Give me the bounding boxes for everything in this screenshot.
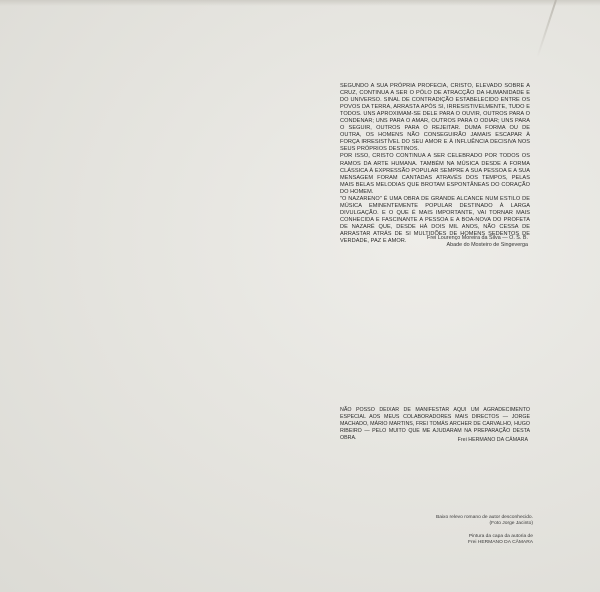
album-back-cover: Segundo a sua própria profecia, Cristo, … xyxy=(0,0,600,592)
liner-paragraph-2: Por isso, Cristo continua a ser celebrad… xyxy=(340,153,530,195)
liner-notes: Segundo a sua própria profecia, Cristo, … xyxy=(340,83,530,245)
acknowledgement-signature: Frei HERMANO DA CÂMARA xyxy=(458,437,528,443)
edge-wear xyxy=(0,0,600,6)
signature-name: Frei Lourenço Moreira da Silva — O. S. B… xyxy=(427,235,528,242)
paper-crease xyxy=(537,0,557,57)
signature-title: Abade do Mosteiro de Singeverga xyxy=(427,242,528,249)
liner-signature: Frei Lourenço Moreira da Silva — O. S. B… xyxy=(427,235,528,249)
liner-paragraph-1: Segundo a sua própria profecia, Cristo, … xyxy=(340,83,530,153)
image-credits: Baixo relevo romano de autor desconhecid… xyxy=(436,515,533,546)
cover-credit-line-2: Frei HERMANO DA CÂMARA xyxy=(436,540,533,546)
